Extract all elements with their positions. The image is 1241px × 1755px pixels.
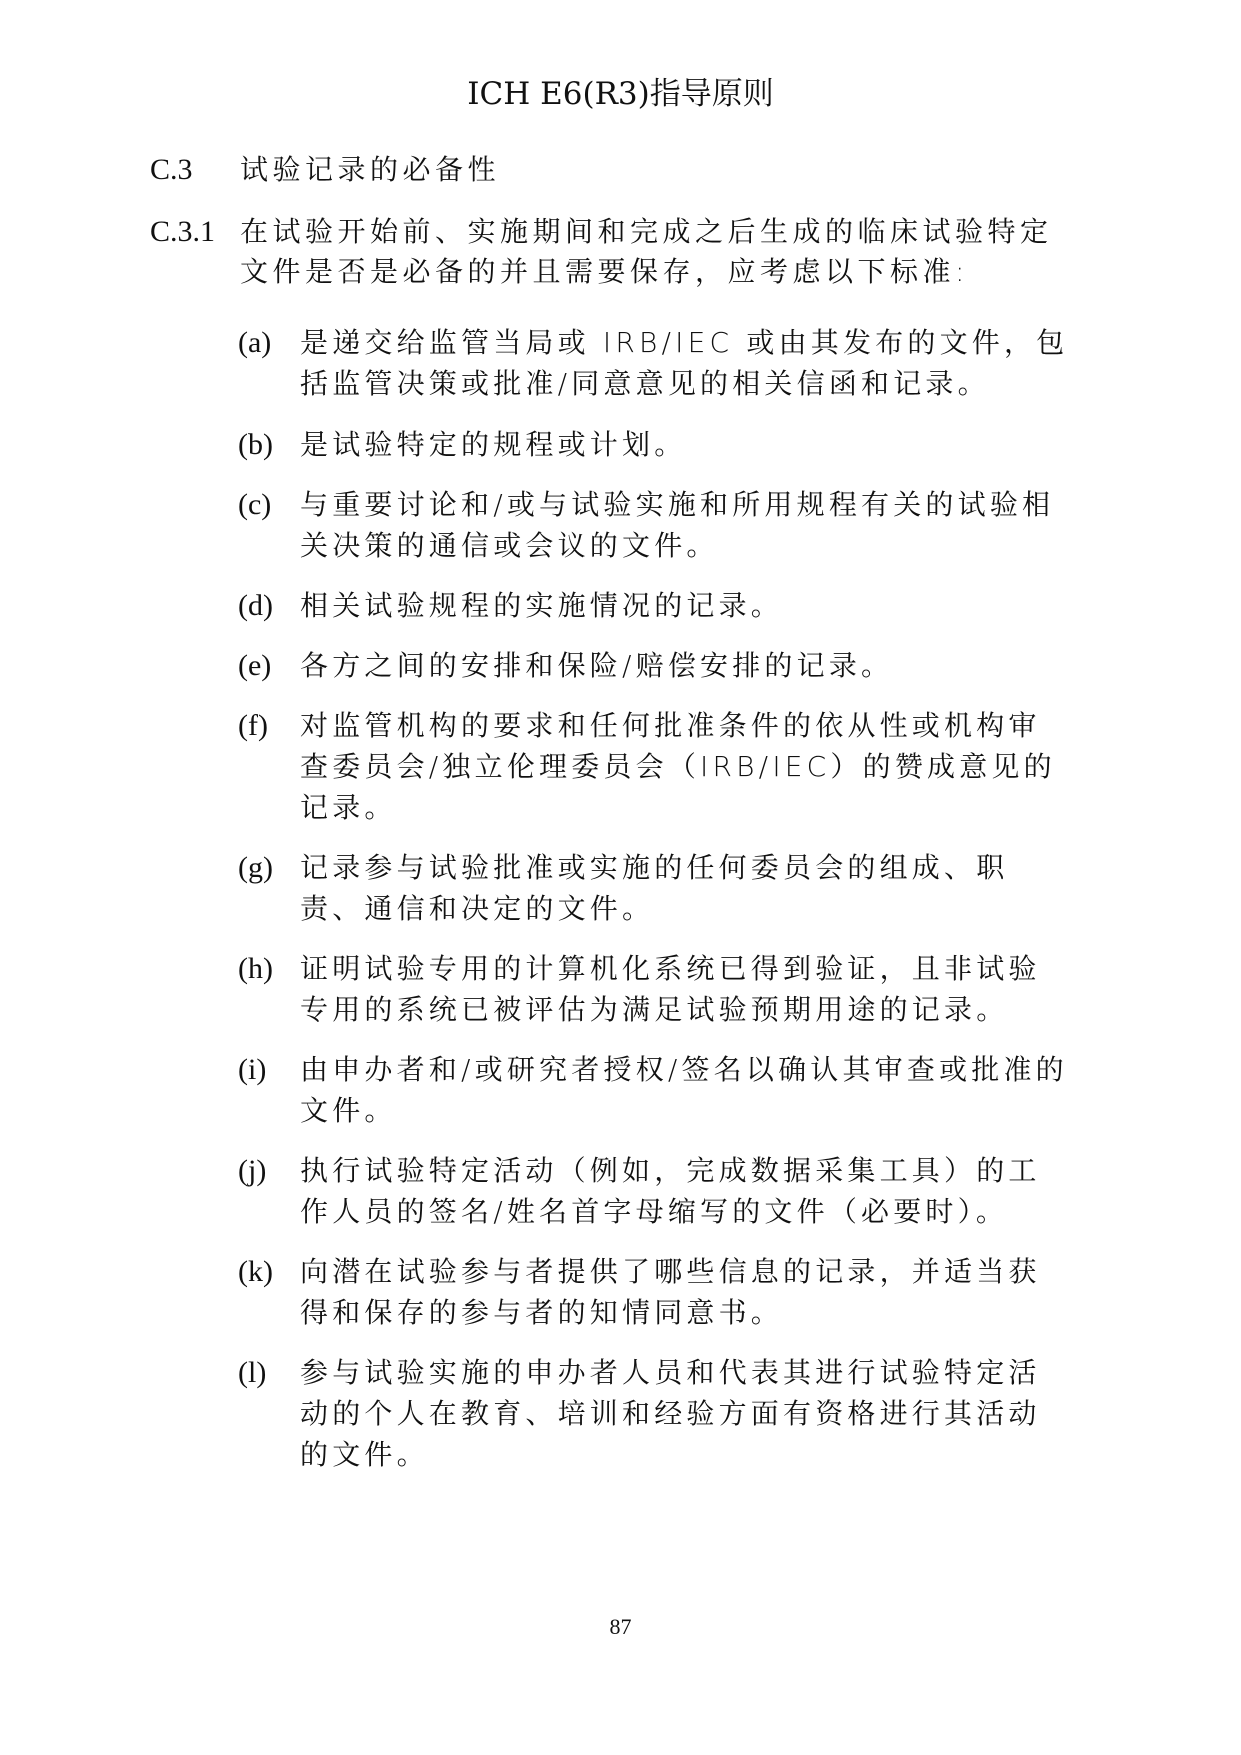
- subsection-number: C.3.1: [150, 212, 215, 252]
- item-label: (b): [238, 424, 273, 465]
- text-line: 参与试验实施的申办者人员和代表其进行试验特定活: [300, 1352, 1080, 1393]
- text-line: 文件是否是必备的并且需要保存，应考虑以下标准:: [240, 252, 1120, 292]
- text-line: 关决策的通信或会议的文件。: [300, 525, 1080, 566]
- item-label: (k): [238, 1251, 273, 1292]
- item-label: (c): [238, 484, 271, 525]
- item-label: (g): [238, 847, 273, 888]
- item-text: 与重要讨论和/或与试验实施和所用规程有关的试验相 关决策的通信或会议的文件。: [300, 484, 1080, 566]
- item-label: (h): [238, 948, 273, 989]
- text-line: 执行试验特定活动（例如，完成数据采集工具）的工: [300, 1150, 1080, 1191]
- item-text: 对监管机构的要求和任何批准条件的依从性或机构审 查委员会/独立伦理委员会（IRB…: [300, 705, 1080, 828]
- text-line: 的文件。: [300, 1434, 1080, 1475]
- item-text: 参与试验实施的申办者人员和代表其进行试验特定活 动的个人在教育、培训和经验方面有…: [300, 1352, 1080, 1475]
- item-label: (l): [238, 1352, 266, 1393]
- item-text: 执行试验特定活动（例如，完成数据采集工具）的工 作人员的签名/姓名首字母缩写的文…: [300, 1150, 1080, 1232]
- item-label: (e): [238, 645, 271, 686]
- item-label: (d): [238, 585, 273, 626]
- text-line: 相关试验规程的实施情况的记录。: [300, 585, 1080, 626]
- item-text: 相关试验规程的实施情况的记录。: [300, 585, 1080, 626]
- text-line: 各方之间的安排和保险/赔偿安排的记录。: [300, 645, 1080, 686]
- text-line: 记录。: [300, 787, 1080, 828]
- item-text: 各方之间的安排和保险/赔偿安排的记录。: [300, 645, 1080, 686]
- text-line: 查委员会/独立伦理委员会（IRB/IEC）的赞成意见的: [300, 746, 1080, 787]
- text-line: 作人员的签名/姓名首字母缩写的文件（必要时）。: [300, 1191, 1080, 1232]
- text-line: 向潜在试验参与者提供了哪些信息的记录，并适当获: [300, 1251, 1080, 1292]
- text-line: 得和保存的参与者的知情同意书。: [300, 1292, 1080, 1333]
- item-text: 向潜在试验参与者提供了哪些信息的记录，并适当获 得和保存的参与者的知情同意书。: [300, 1251, 1080, 1333]
- text-line: 由申办者和/或研究者授权/签名以确认其审查或批准的: [300, 1049, 1080, 1090]
- item-label: (j): [238, 1150, 266, 1191]
- item-text: 记录参与试验批准或实施的任何委员会的组成、职 责、通信和决定的文件。: [300, 847, 1080, 929]
- subsection-text: 在试验开始前、实施期间和完成之后生成的临床试验特定 文件是否是必备的并且需要保存…: [240, 212, 1120, 292]
- item-text: 由申办者和/或研究者授权/签名以确认其审查或批准的 文件。: [300, 1049, 1080, 1131]
- text-line: 文件。: [300, 1090, 1080, 1131]
- text-line: 括监管决策或批准/同意意见的相关信函和记录。: [300, 363, 1080, 404]
- section-number: C.3: [150, 150, 193, 190]
- text-line: 专用的系统已被评估为满足试验预期用途的记录。: [300, 989, 1080, 1030]
- item-label: (i): [238, 1049, 266, 1090]
- text-line: 与重要讨论和/或与试验实施和所用规程有关的试验相: [300, 484, 1080, 525]
- text-line: 是试验特定的规程或计划。: [300, 424, 1080, 465]
- text-line: 对监管机构的要求和任何批准条件的依从性或机构审: [300, 705, 1080, 746]
- item-text: 是递交给监管当局或 IRB/IEC 或由其发布的文件，包 括监管决策或批准/同意…: [300, 322, 1080, 404]
- item-label: (f): [238, 705, 268, 746]
- text-line: 动的个人在教育、培训和经验方面有资格进行其活动: [300, 1393, 1080, 1434]
- text-line: 记录参与试验批准或实施的任何委员会的组成、职: [300, 847, 1080, 888]
- item-text: 证明试验专用的计算机化系统已得到验证，且非试验 专用的系统已被评估为满足试验预期…: [300, 948, 1080, 1030]
- page-number: 87: [0, 1614, 1241, 1640]
- item-text: 是试验特定的规程或计划。: [300, 424, 1080, 465]
- text-line: 是递交给监管当局或 IRB/IEC 或由其发布的文件，包: [300, 322, 1080, 363]
- text-line: 责、通信和决定的文件。: [300, 888, 1080, 929]
- text-line: 在试验开始前、实施期间和完成之后生成的临床试验特定: [240, 212, 1120, 252]
- text-line: 证明试验专用的计算机化系统已得到验证，且非试验: [300, 948, 1080, 989]
- section-title: 试验记录的必备性: [240, 150, 1120, 190]
- item-label: (a): [238, 322, 271, 363]
- page-header: ICH E6(R3)指导原则: [0, 68, 1241, 113]
